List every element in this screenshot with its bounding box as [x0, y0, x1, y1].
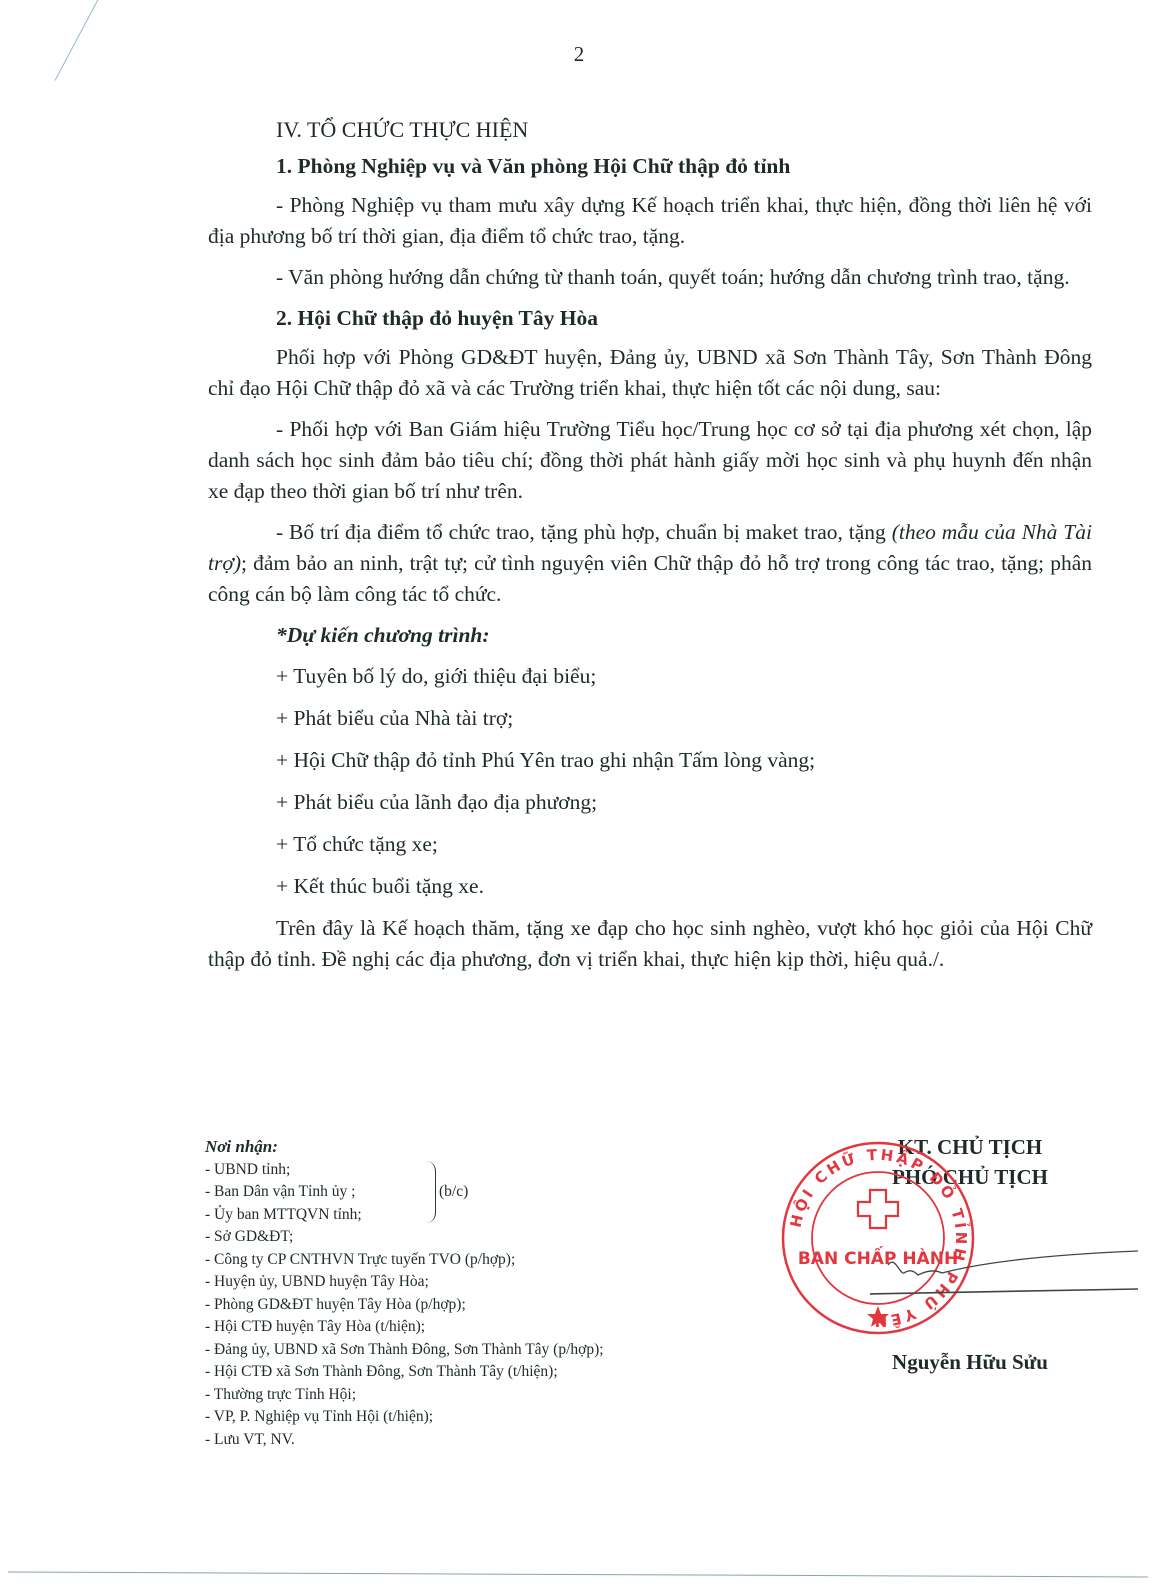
program-item: + Tuyên bố lý do, giới thiệu đại biểu;: [208, 661, 1092, 692]
recipient-item: - UBND tỉnh;: [205, 1159, 604, 1182]
document-page: 2 IV. TỔ CHỨC THỰC HIỆN 1. Phòng Nghiệp …: [0, 0, 1158, 1586]
subsection-2-heading: 2. Hội Chữ thập đỏ huyện Tây Hòa: [208, 303, 1092, 334]
scan-edge-line: [8, 1572, 1148, 1578]
paragraph: - Phòng Nghiệp vụ tham mưu xây dựng Kế h…: [208, 190, 1092, 252]
recipient-item: - Công ty CP CNTHVN Trực tuyến TVO (p/hợ…: [205, 1249, 604, 1272]
paragraph: Phối hợp với Phòng GD&ĐT huyện, Đảng ủy,…: [208, 342, 1092, 404]
red-cross-seal-icon: HỘI CHỮ THẬP ĐỎ TỈNH PHÚ YÊN BAN CHẤP HÀ…: [778, 1138, 978, 1338]
scan-fold-line: [55, 0, 154, 81]
closing-paragraph: Trên đây là Kế hoạch thăm, tặng xe đạp c…: [208, 913, 1092, 975]
recipient-item: - Huyện ủy, UBND huyện Tây Hòa;: [205, 1271, 604, 1294]
text-run: - Bố trí địa điểm tổ chức trao, tặng phù…: [276, 520, 892, 544]
signer-name: Nguyễn Hữu Sửu: [860, 1350, 1080, 1375]
handwritten-signature: [870, 1245, 1140, 1305]
recipient-item: - Lưu VT, NV.: [205, 1429, 604, 1452]
recipient-item: - Hội CTĐ xã Sơn Thành Đông, Sơn Thành T…: [205, 1361, 604, 1384]
paragraph: - Bố trí địa điểm tổ chức trao, tặng phù…: [208, 517, 1092, 610]
program-item: + Kết thúc buổi tặng xe.: [208, 871, 1092, 902]
recipient-item: - Sở GD&ĐT;: [205, 1226, 604, 1249]
recipient-item: - Ban Dân vận Tỉnh ủy ;: [205, 1181, 604, 1204]
paragraph: - Văn phòng hướng dẫn chứng từ thanh toá…: [208, 262, 1092, 293]
brace-icon: [425, 1161, 436, 1223]
document-body: IV. TỔ CHỨC THỰC HIỆN 1. Phòng Nghiệp vụ…: [208, 110, 1092, 985]
recipients-group-label: (b/c): [439, 1181, 468, 1204]
recipient-item: - Ủy ban MTTQVN tỉnh;: [205, 1204, 604, 1227]
recipients-title: Nơi nhận:: [205, 1136, 604, 1159]
recipient-item: - Đảng ủy, UBND xã Sơn Thành Đông, Sơn T…: [205, 1339, 604, 1362]
page-number: 2: [0, 42, 1158, 67]
program-item: + Hội Chữ thập đỏ tỉnh Phú Yên trao ghi …: [208, 745, 1092, 776]
section-title: IV. TỔ CHỨC THỰC HIỆN: [208, 114, 1092, 145]
recipient-item: - Hội CTĐ huyện Tây Hòa (t/hiện);: [205, 1316, 604, 1339]
recipient-item: - VP, P. Nghiệp vụ Tỉnh Hội (t/hiện);: [205, 1406, 604, 1429]
program-item: + Phát biểu của lãnh đạo địa phương;: [208, 787, 1092, 818]
program-item: + Tổ chức tặng xe;: [208, 829, 1092, 860]
recipients-block: Nơi nhận: - UBND tỉnh; - Ban Dân vận Tỉn…: [205, 1136, 604, 1451]
subsection-1-heading: 1. Phòng Nghiệp vụ và Văn phòng Hội Chữ …: [208, 151, 1092, 182]
text-run: ; đảm bảo an ninh, trật tự; cử tình nguy…: [208, 551, 1092, 606]
recipients-grouped: - UBND tỉnh; - Ban Dân vận Tỉnh ủy ; - Ủ…: [205, 1159, 604, 1227]
recipient-item: - Thường trực Tỉnh Hội;: [205, 1384, 604, 1407]
program-item: + Phát biểu của Nhà tài trợ;: [208, 703, 1092, 734]
recipient-item: - Phòng GD&ĐT huyện Tây Hòa (p/hợp);: [205, 1294, 604, 1317]
program-heading: *Dự kiến chương trình:: [208, 620, 1092, 651]
paragraph: - Phối hợp với Ban Giám hiệu Trường Tiểu…: [208, 414, 1092, 507]
